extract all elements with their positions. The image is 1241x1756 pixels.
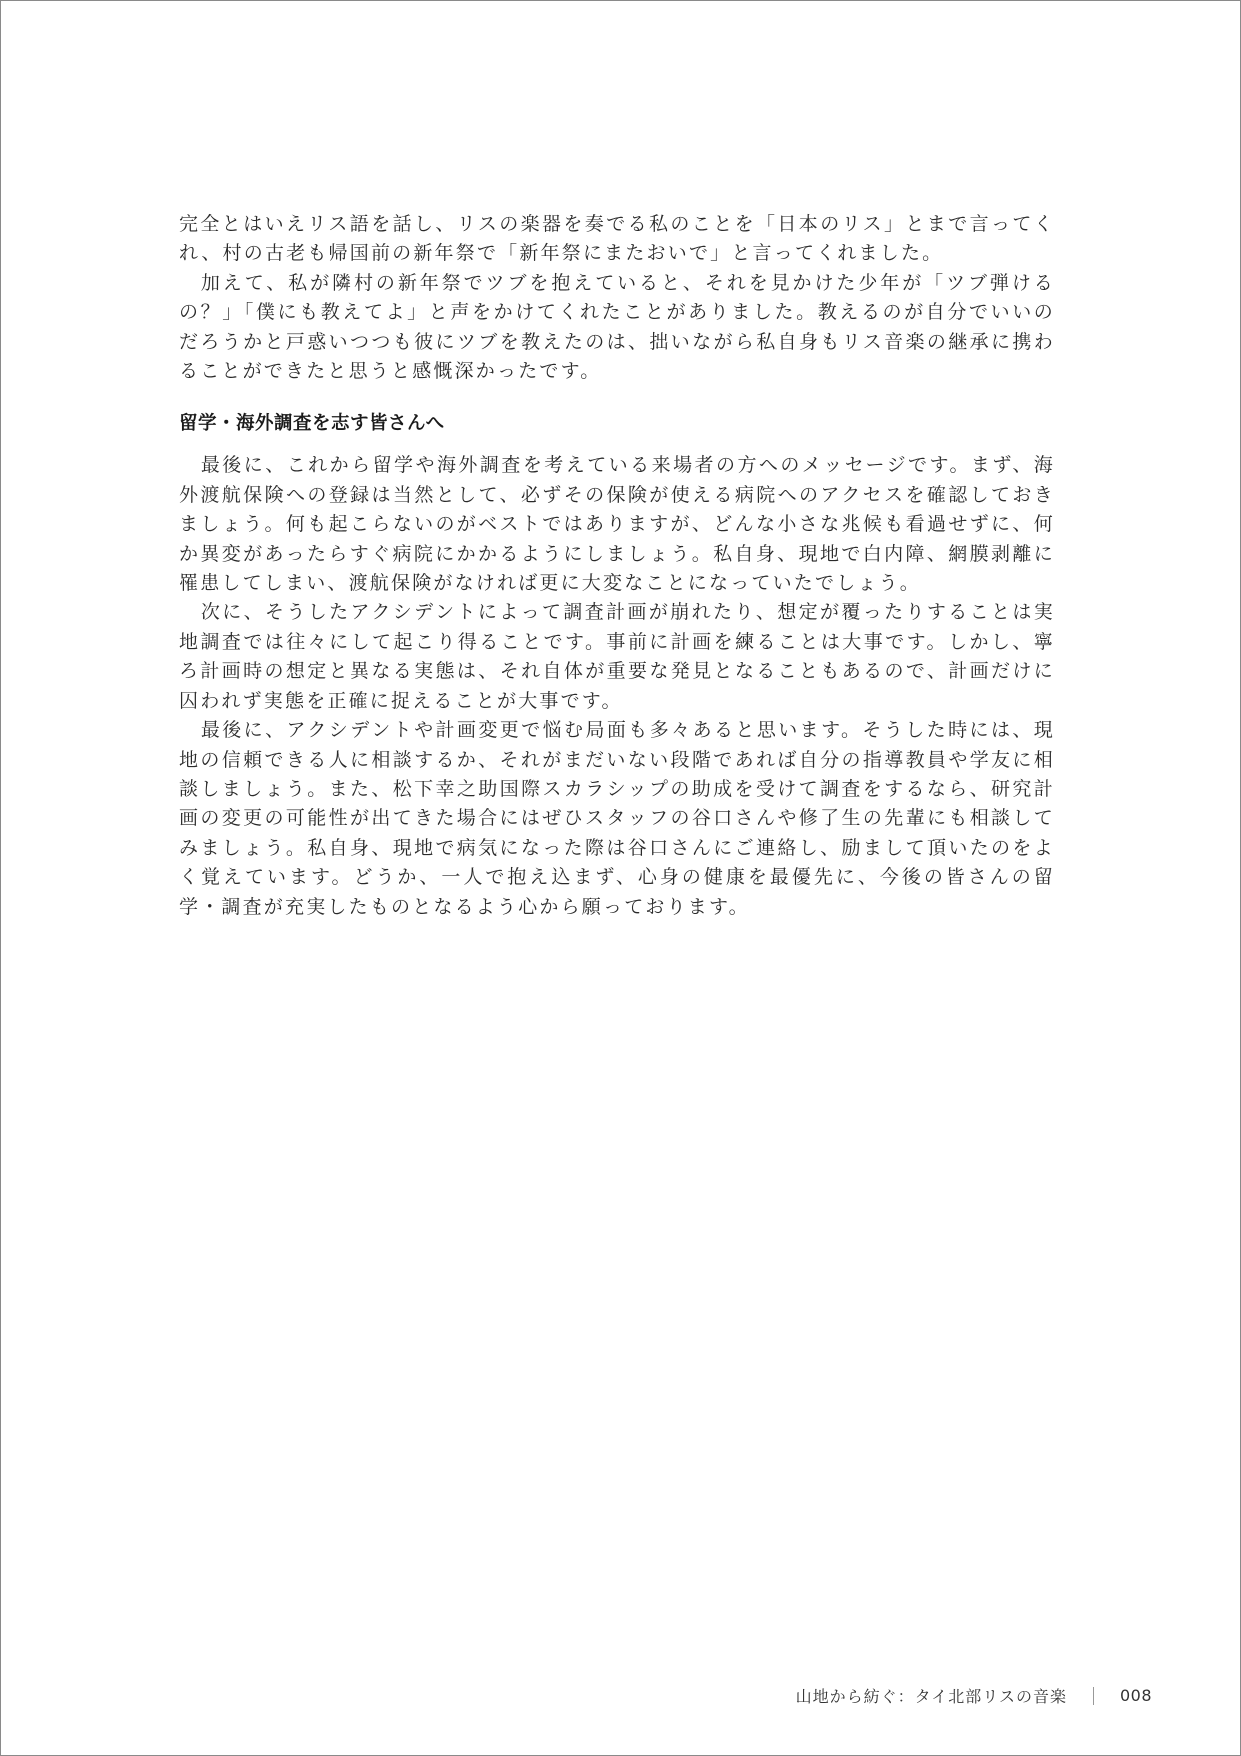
paragraph-2: 加えて、私が隣村の新年祭でツブを抱えていると、それを見かけた少年が「ツブ弾けるの…: [179, 269, 1055, 387]
footer-divider: [1093, 1687, 1094, 1705]
running-title: 山地から紡ぐ：タイ北部リスの音楽: [796, 1684, 1067, 1707]
body-text: 完全とはいえリス語を話し、リスの楽器を奏でる私のことを「日本のリス」とまで言って…: [179, 210, 1055, 922]
document-page: 完全とはいえリス語を話し、リスの楽器を奏でる私のことを「日本のリス」とまで言って…: [0, 0, 1241, 1756]
paragraph-1: 完全とはいえリス語を話し、リスの楽器を奏でる私のことを「日本のリス」とまで言って…: [179, 210, 1055, 269]
paragraph-4: 次に、そうしたアクシデントによって調査計画が崩れたり、想定が覆ったりすることは実…: [179, 598, 1055, 716]
paragraph-3: 最後に、これから留学や海外調査を考えている来場者の方へのメッセージです。まず、海…: [179, 451, 1055, 598]
paragraph-5: 最後に、アクシデントや計画変更で悩む局面も多々あると思います。そうした時には、現…: [179, 716, 1055, 922]
page-footer: 山地から紡ぐ：タイ北部リスの音楽 008: [796, 1684, 1152, 1707]
page-number: 008: [1120, 1686, 1152, 1705]
section-heading: 留学・海外調査を志す皆さんへ: [179, 411, 1055, 437]
